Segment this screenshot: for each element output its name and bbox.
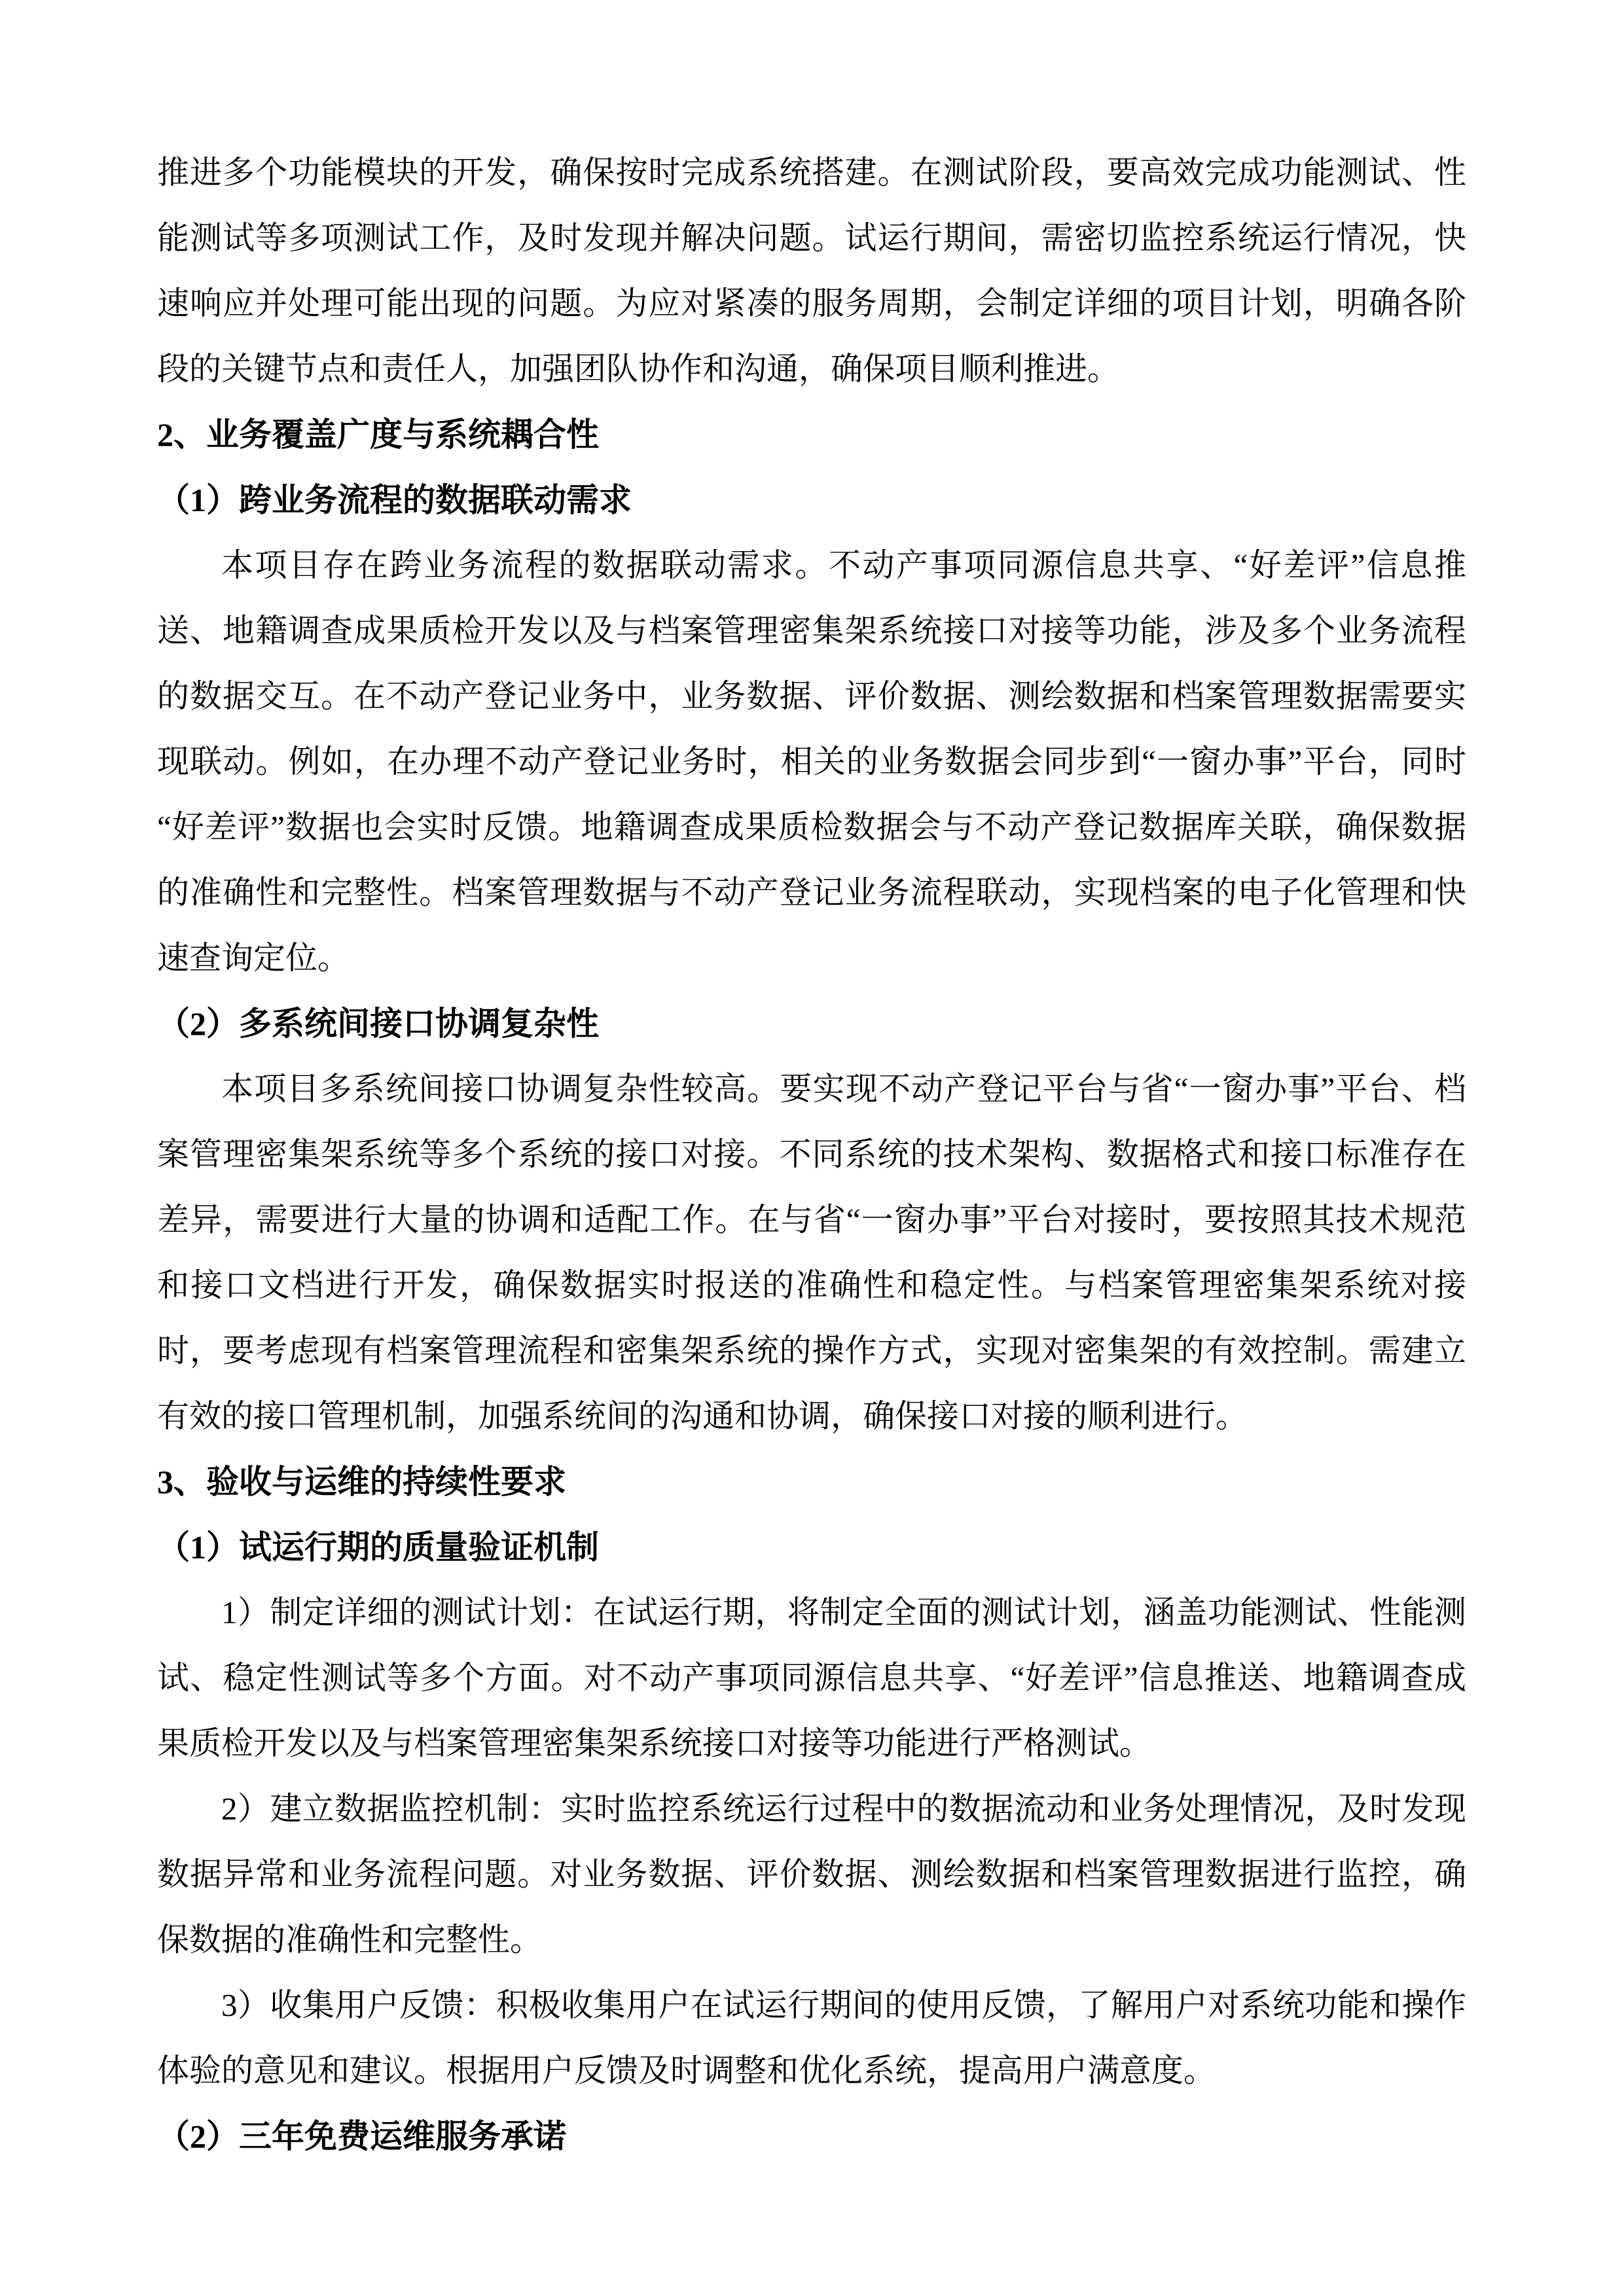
paragraph-2-2: 本项目多系统间接口协调复杂性较高。要实现不动产登记平台与省“一窗办事”平台、档案…: [157, 1056, 1466, 1449]
subheading-3-2: （2）三年免费运维服务承诺: [157, 2104, 1466, 2169]
subheading-2-2: （2）多系统间接口协调复杂性: [157, 991, 1466, 1056]
document-content: 推进多个功能模块的开发，确保按时完成系统搭建。在测试阶段，要高效完成功能测试、性…: [157, 140, 1466, 2169]
paragraph-3-1-item-3: 3）收集用户反馈：积极收集用户在试运行期间的使用反馈，了解用户对系统功能和操作体…: [157, 1973, 1466, 2104]
heading-section-3: 3、验收与运维的持续性要求: [157, 1449, 1466, 1515]
subheading-3-1: （1）试运行期的质量验证机制: [157, 1515, 1466, 1580]
heading-section-2: 2、业务覆盖广度与系统耦合性: [157, 402, 1466, 467]
subheading-2-1: （1）跨业务流程的数据联动需求: [157, 467, 1466, 533]
paragraph-3-1-item-2: 2）建立数据监控机制：实时监控系统运行过程中的数据流动和业务处理情况，及时发现数…: [157, 1776, 1466, 1973]
document-page: 推进多个功能模块的开发，确保按时完成系统搭建。在测试阶段，要高效完成功能测试、性…: [0, 0, 1624, 2296]
paragraph-3-1-item-1: 1）制定详细的测试计划：在试运行期，将制定全面的测试计划，涵盖功能测试、性能测试…: [157, 1580, 1466, 1776]
paragraph-2-1: 本项目存在跨业务流程的数据联动需求。不动产事项同源信息共享、“好差评”信息推送、…: [157, 533, 1466, 991]
paragraph-intro-continuation: 推进多个功能模块的开发，确保按时完成系统搭建。在测试阶段，要高效完成功能测试、性…: [157, 140, 1466, 402]
